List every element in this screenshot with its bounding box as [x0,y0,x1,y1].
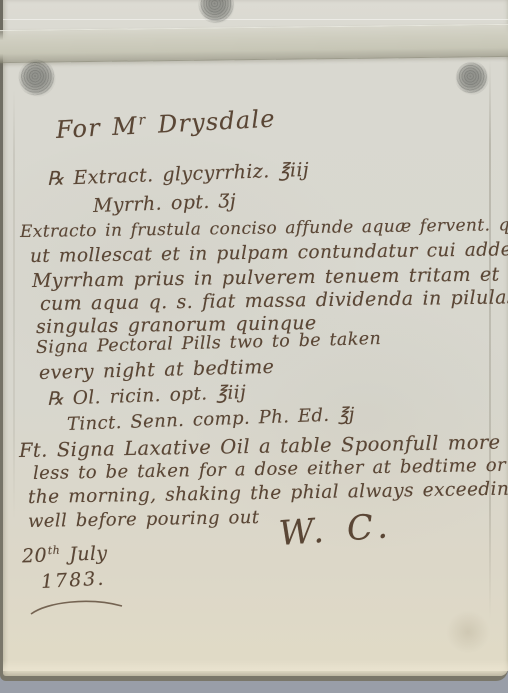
dosage-label-line: every night at bedtime [39,356,275,384]
recipe2-line: ℞ Ol. ricin. opt. ℥iij [47,382,247,410]
superscript: th [48,544,61,557]
recipe1-line: Myrrh. opt. Ʒj [93,190,237,217]
dosage-label-line: well before pouring out [28,507,260,532]
latin-instruction-line: ut mollescat et in pulpam contundatur cu… [30,239,508,267]
pen-flourish [29,596,125,620]
recipe1-line: ℞ Extract. glycyrrhiz. ℥iij [47,159,310,190]
patient-name-part: Drysdale [146,105,276,140]
manuscript-page: For Mr Drysdale ℞ Extract. glycyrrhiz. ℥… [3,0,508,676]
handwritten-text-layer: For Mr Drysdale ℞ Extract. glycyrrhiz. ℥… [3,0,508,676]
latin-instruction-line: Extracto in frustula conciso affunde aqu… [20,215,508,242]
patient-name-part: For M [55,112,138,144]
signature: W. C. [278,506,394,554]
recipe2-line: Tinct. Senn. comp. Ph. Ed. ℥j [67,404,356,435]
date-day: 20 [22,544,48,567]
date-year: 1783. [40,568,105,593]
date-line: 20th July [22,542,108,567]
photograph: For Mr Drysdale ℞ Extract. glycyrrhiz. ℥… [0,0,508,693]
patient-name-line: For Mr Drysdale [55,105,276,144]
date-month: July [60,542,108,566]
